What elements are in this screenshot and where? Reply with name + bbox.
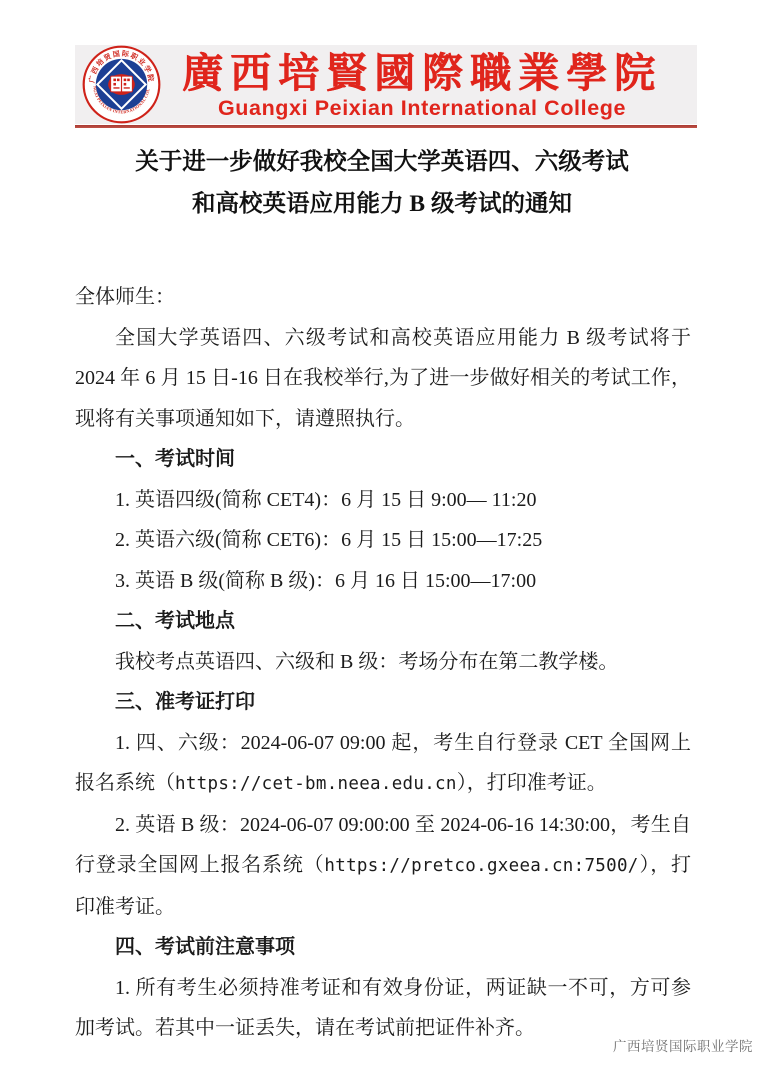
- college-letterhead: 广西培贤国际职业学院 GUANGXI PEIXIAN INTERNATIONAL…: [75, 45, 697, 124]
- cet-registration-url: https://cet-bm.neea.edu.cn: [175, 774, 457, 794]
- watermark: 广西培贤国际职业学院: [613, 1038, 753, 1056]
- admission-ticket-b-item: 2. 英语 B 级：2024-06-07 09:00:00 至 2024-06-…: [75, 805, 691, 928]
- admission-ticket-cet-item: 1. 四、六级：2024-06-07 09:00 起，考生自行登录 CET 全国…: [75, 723, 691, 805]
- college-seal-icon: 广西培贤国际职业学院 GUANGXI PEIXIAN INTERNATIONAL…: [82, 45, 161, 124]
- notice-page: 广西培贤国际职业学院 GUANGXI PEIXIAN INTERNATIONAL…: [0, 0, 764, 1080]
- salutation: 全体师生：: [75, 277, 691, 318]
- admission-ticket-cet-tail: ），打印准考证。: [457, 772, 607, 794]
- pre-exam-notice-item: 1. 所有考生必须持准考证和有效身份证，两证缺一不可，方可参加考试。若其中一证丢…: [75, 968, 691, 1049]
- letterhead-divider: [75, 125, 697, 128]
- exam-location-text: 我校考点英语四、六级和 B 级：考场分布在第二教学楼。: [75, 642, 691, 683]
- notice-title: 关于进一步做好我校全国大学英语四、六级考试 和高校英语应用能力 B 级考试的通知: [0, 141, 764, 225]
- pretco-registration-url: https://pretco.gxeea.cn:7500/: [324, 856, 638, 876]
- section-2-heading: 二、考试地点: [75, 601, 691, 642]
- section-1-heading: 一、考试时间: [75, 439, 691, 480]
- section-4-heading: 四、考试前注意事项: [75, 927, 691, 968]
- notice-title-line1: 关于进一步做好我校全国大学英语四、六级考试: [0, 141, 764, 183]
- section-3-heading: 三、准考证打印: [75, 682, 691, 723]
- intro-paragraph: 全国大学英语四、六级考试和高校英语应用能力 B 级考试将于 2024 年 6 月…: [75, 318, 691, 440]
- college-name-en: Guangxi Peixian International College: [218, 96, 626, 121]
- exam-time-cet6: 2. 英语六级(简称 CET6)：6 月 15 日 15:00—17:25: [75, 520, 691, 561]
- college-logo-icon: 广西培贤国际职业学院 GUANGXI PEIXIAN INTERNATIONAL…: [82, 45, 161, 124]
- college-name-cn: 廣西培賢國際職業學院: [182, 50, 662, 96]
- letterhead-text: 廣西培賢國際職業學院 Guangxi Peixian International…: [161, 50, 697, 121]
- exam-time-cet4: 1. 英语四级(简称 CET4)：6 月 15 日 9:00— 11:20: [75, 480, 691, 521]
- notice-title-line2: 和高校英语应用能力 B 级考试的通知: [0, 183, 764, 225]
- notice-body: 全体师生： 全国大学英语四、六级考试和高校英语应用能力 B 级考试将于 2024…: [75, 277, 691, 1049]
- exam-time-level-b: 3. 英语 B 级(简称 B 级)：6 月 16 日 15:00—17:00: [75, 561, 691, 602]
